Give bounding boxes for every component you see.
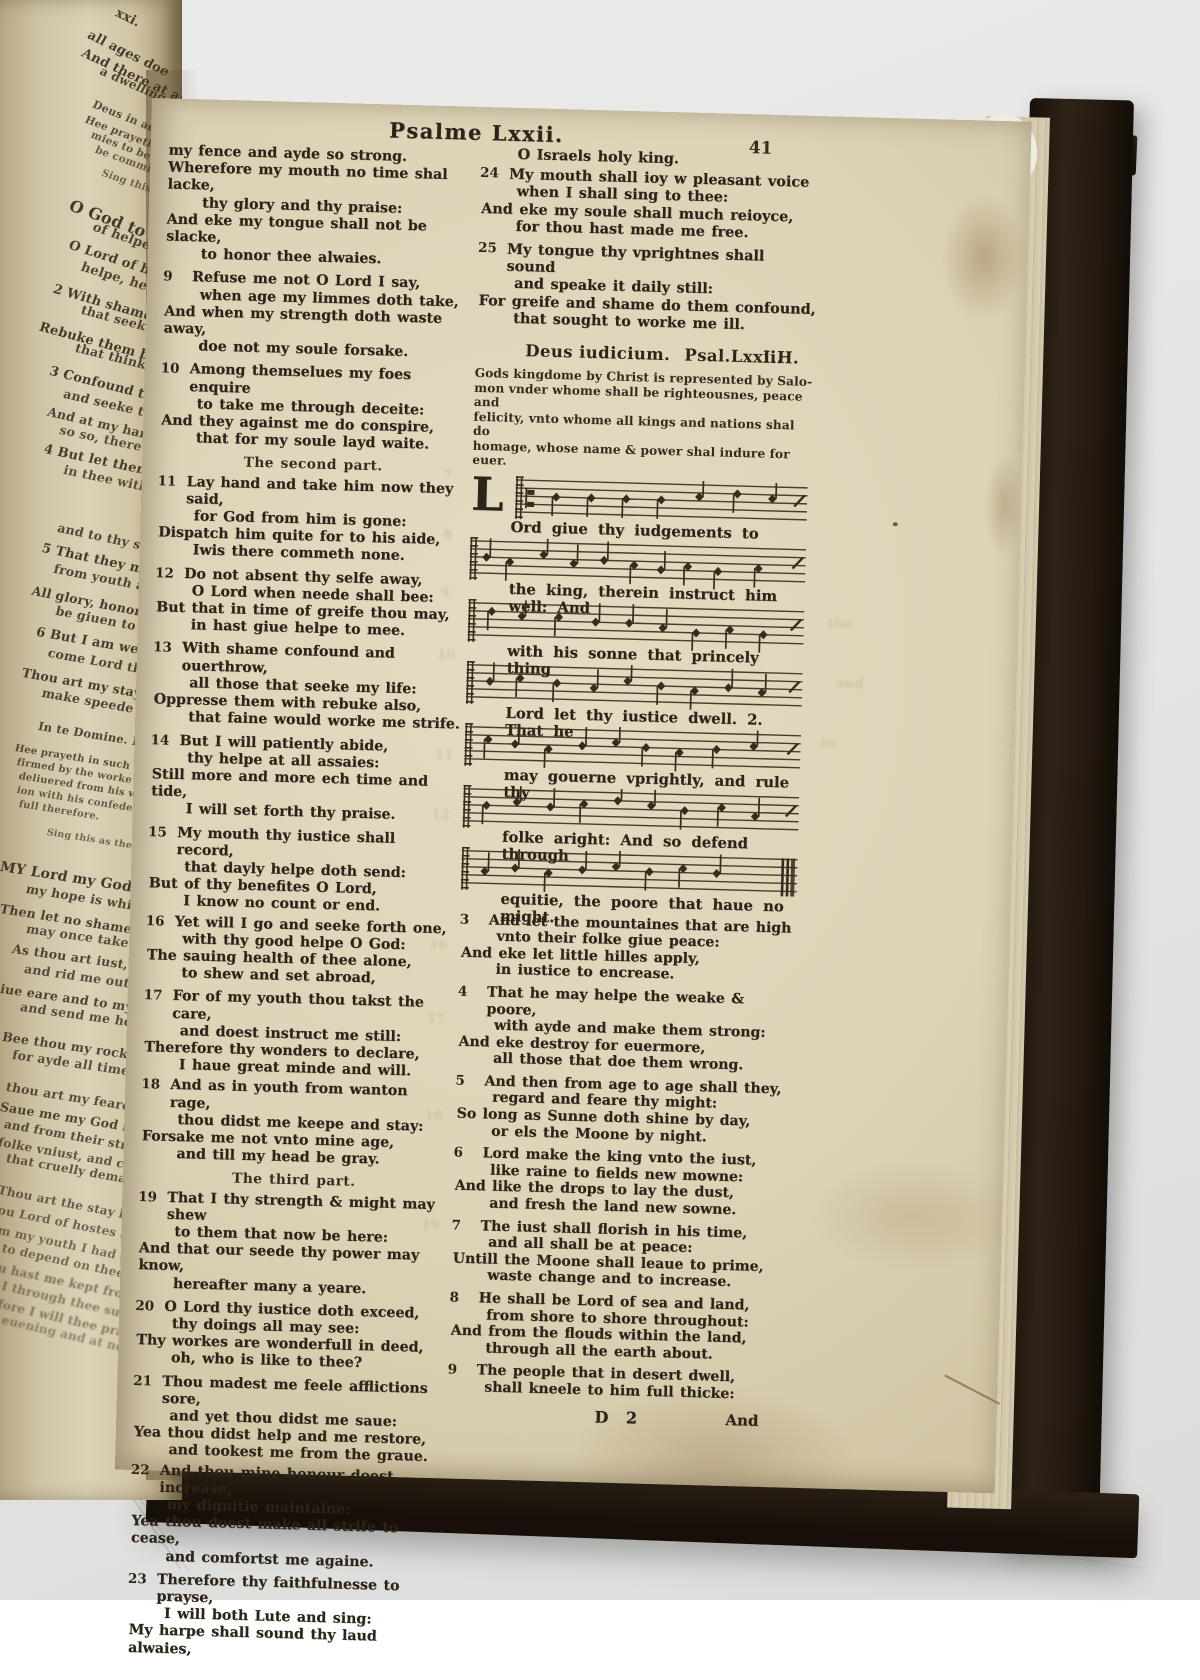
verses-24-25: O Israels holy king.24My mouth shall ioy…: [476, 145, 821, 335]
verse-number: 24: [480, 165, 499, 183]
verses-3-9: 3And let the mountaines that are highvnt…: [447, 911, 800, 1404]
music-system: the king, therein instruct him well: And: [469, 536, 811, 607]
verse-number: 25: [478, 240, 497, 258]
showthrough-fragment: and: [836, 677, 863, 693]
verse-number: 14: [150, 732, 169, 750]
showthrough-fragment: 16: [429, 938, 447, 953]
music-system: folke aright: And so defend through: [462, 784, 804, 855]
verse-number: 23: [128, 1571, 147, 1589]
verse-number: 9: [163, 269, 173, 286]
showthrough-fragment: 11: [435, 748, 453, 763]
drop-cap-initial: L: [471, 470, 505, 517]
signature-mark: D 2: [594, 1407, 643, 1427]
showthrough-fragment: in: [821, 736, 836, 751]
verse-number: 16: [145, 913, 164, 931]
right-text-column: O Israels holy king.24My mouth shall ioy…: [446, 145, 821, 1436]
verse-number: 20: [135, 1298, 154, 1316]
psalm-argument: Gods kingdome by Christ is represented b…: [472, 366, 815, 477]
verse-number: 18: [141, 1076, 160, 1094]
verse-number: 19: [138, 1189, 157, 1207]
music-system: Lord let thy iustice dwell. 2. That he: [465, 660, 807, 731]
showthrough-fragment: 18: [424, 1108, 442, 1123]
verse-number: 22: [131, 1462, 150, 1480]
verse-line: 23Therefore thy faithfulnesse to prayse,: [127, 1571, 438, 1600]
verso-text-fragment: xxi.: [112, 6, 143, 30]
verse-number: 4: [458, 984, 468, 1001]
music-system: with his sonne that princely thing: [467, 598, 809, 669]
music-system: may gouerne vprightly, and rule thy: [464, 722, 806, 793]
psalm-latin-title: Deus iudicium.: [525, 341, 670, 364]
music-system: LOrd giue thy iudgements to: [470, 474, 812, 545]
book-photo: xxi.all ages doeAnd there at alla dwelli…: [0, 0, 1200, 1600]
right-page: Psalme Lxxii. 41 my fence and ayde so st…: [115, 98, 1032, 1493]
showthrough-fragment: 8: [443, 528, 452, 543]
verse-number: 21: [133, 1373, 152, 1391]
showthrough-text: 78910121116171819theandin: [152, 98, 1032, 122]
verse-number: 13: [153, 640, 172, 658]
verse-number: 9: [447, 1362, 457, 1379]
showthrough-fragment: 7: [444, 468, 453, 483]
signature-row: D 2 And: [446, 1403, 787, 1436]
verse-text: Therefore thy faithfulnesse to prayse,: [127, 1571, 438, 1600]
left-text-column: my fence and ayde so strong.Wherefore my…: [126, 142, 477, 1600]
verse-number: 10: [160, 361, 179, 379]
verse-number: 15: [148, 824, 167, 842]
verse-number: 11: [157, 473, 176, 491]
music-notation: LOrd giue thy iudgements tothe king, the…: [460, 474, 812, 917]
showthrough-fragment: 12: [431, 808, 449, 823]
verse-number: 8: [449, 1289, 459, 1306]
running-title: Psalme Lxxii.: [389, 117, 564, 147]
showthrough-fragment: the: [828, 616, 852, 632]
verse-number: 7: [451, 1217, 461, 1234]
verse-number: 6: [453, 1145, 463, 1162]
verse-number: 17: [143, 987, 162, 1005]
verse-number: 12: [155, 565, 174, 583]
paper-crack: [945, 1374, 1001, 1404]
ink-speck: [893, 522, 898, 526]
showthrough-fragment: 10: [437, 648, 455, 663]
verse-number: 5: [455, 1072, 465, 1089]
catchword: And: [725, 1411, 759, 1430]
composer-initials: I.H.: [763, 348, 800, 368]
music-system: equitie, the poore that haue no might.: [460, 846, 802, 917]
showthrough-fragment: 9: [441, 586, 450, 601]
showthrough-fragment: 19: [421, 1218, 439, 1233]
verse-number: 3: [460, 911, 470, 928]
showthrough-fragment: 17: [427, 1012, 445, 1027]
